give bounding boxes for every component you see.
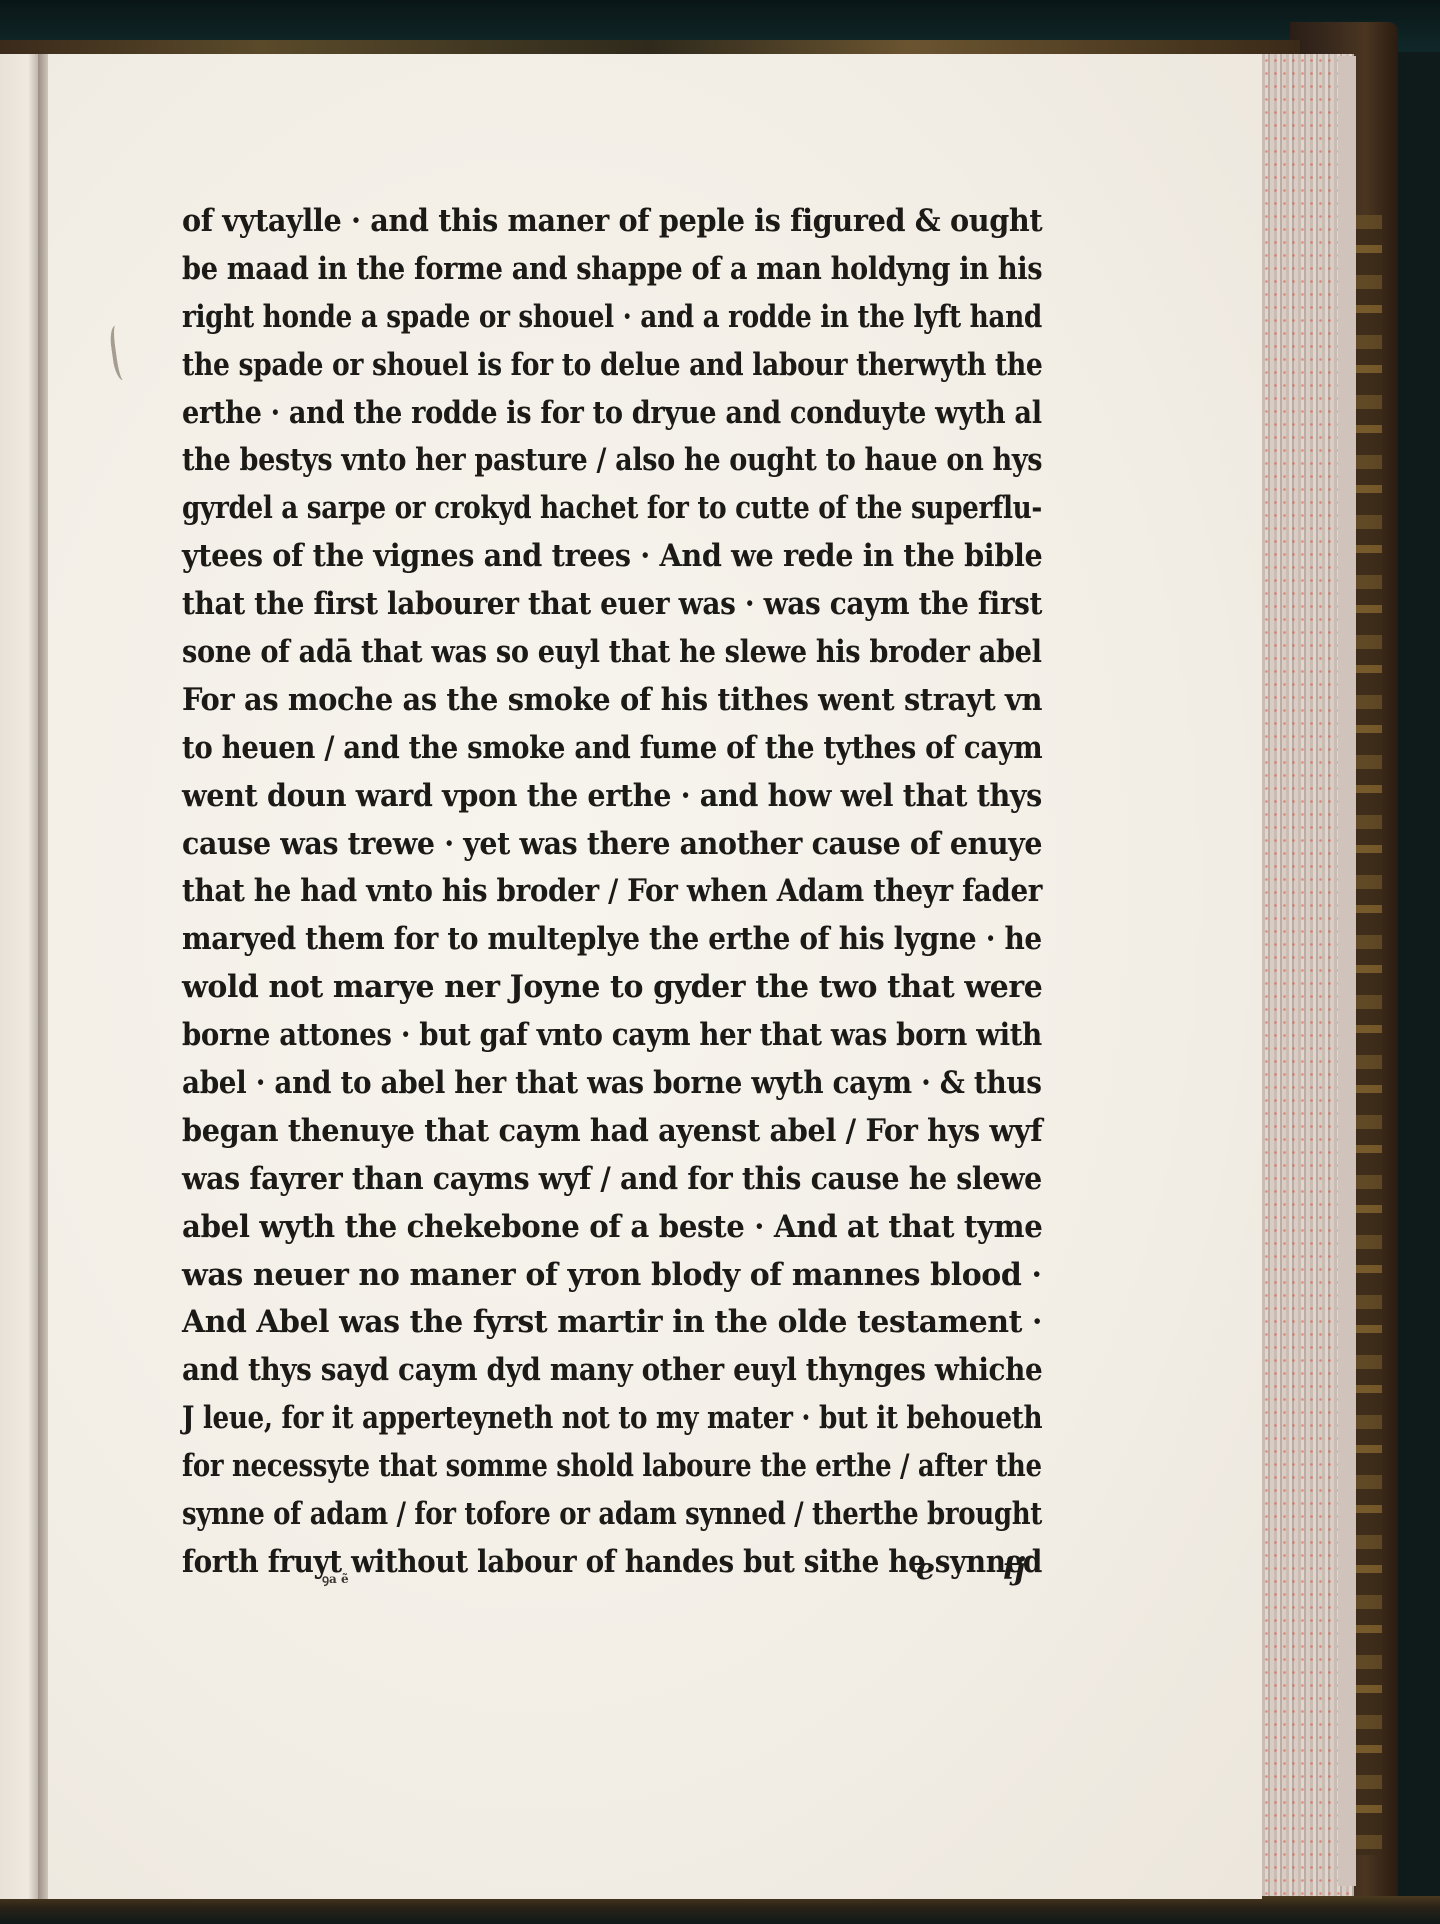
text-line: began thenuye that caym had ayenst abel … xyxy=(182,1108,980,1156)
text-line: synne of adam / for tofore or adam synne… xyxy=(182,1491,904,1539)
text-line: was neuer no maner of yron blody of mann… xyxy=(182,1252,1013,1300)
text-line: wold not marye ner Joyne to gyder the tw… xyxy=(182,964,1012,1012)
text-line: the bestys vnto her pasture / also he ou… xyxy=(182,437,934,485)
text-line: sone of adā that was so euyl that he sle… xyxy=(182,629,937,677)
text-line: abel · and to abel her that was borne wy… xyxy=(182,1060,955,1108)
text-line: right honde a spade or shouel · and a ro… xyxy=(182,294,912,342)
text-line: be maad in the forme and shappe of a man… xyxy=(182,246,937,294)
text-line: gyrdel a sarpe or crokyd hachet for to c… xyxy=(182,485,911,533)
bottom-binding-edge xyxy=(0,1896,1440,1924)
text-line: of vytaylle · and this maner of peple is… xyxy=(182,198,978,246)
text-line: that the first labourer that euer was · … xyxy=(182,581,957,629)
text-line: And Abel was the fyrst martir in the old… xyxy=(182,1299,1008,1347)
signature-dot: · xyxy=(853,1552,861,1578)
text-line: ytees of the vignes and trees · And we r… xyxy=(182,533,977,581)
facing-leaf xyxy=(0,54,40,1899)
text-line: For as moche as the smoke of his tithes … xyxy=(182,677,983,725)
text-line: went doun ward vpon the erthe · and how … xyxy=(182,773,976,821)
text-line: J leue, for it apperteyneth not to my ma… xyxy=(182,1395,909,1443)
text-line: the spade or shouel is for to delue and … xyxy=(182,342,920,390)
text-line: erthe · and the rodde is for to dryue an… xyxy=(182,390,937,438)
cover-wear xyxy=(1352,215,1382,1855)
body-text: of vytaylle · and this maner of peple is… xyxy=(182,198,1042,1587)
top-binding-edge xyxy=(0,40,1300,54)
text-line: and thys sayd caym dyd many other euyl t… xyxy=(182,1347,954,1395)
text-line: to heuen / and the smoke and fume of the… xyxy=(182,725,947,773)
text-line: forth fruyt without labour of handes but… xyxy=(182,1539,953,1587)
text-line: borne attones · but gaf vnto caym her th… xyxy=(182,1012,947,1060)
signature-letter: e xyxy=(916,1552,935,1587)
text-line: that he had vnto his broder / For when A… xyxy=(182,868,953,916)
press-mark: ꝯa ẽ xyxy=(322,1570,349,1587)
endpaper-edge xyxy=(1338,56,1356,1886)
text-line: cause was trewe · yet was there another … xyxy=(182,821,971,869)
text-line: abel wyth the chekebone of a beste · And… xyxy=(182,1204,993,1252)
text-line: was fayrer than cayms wyf / and for this… xyxy=(182,1156,970,1204)
signature-number: ij xyxy=(1003,1552,1025,1587)
text-line: maryed them for to multeplye the erthe o… xyxy=(182,916,957,964)
text-line: for necessyte that somme shold laboure t… xyxy=(182,1443,904,1491)
